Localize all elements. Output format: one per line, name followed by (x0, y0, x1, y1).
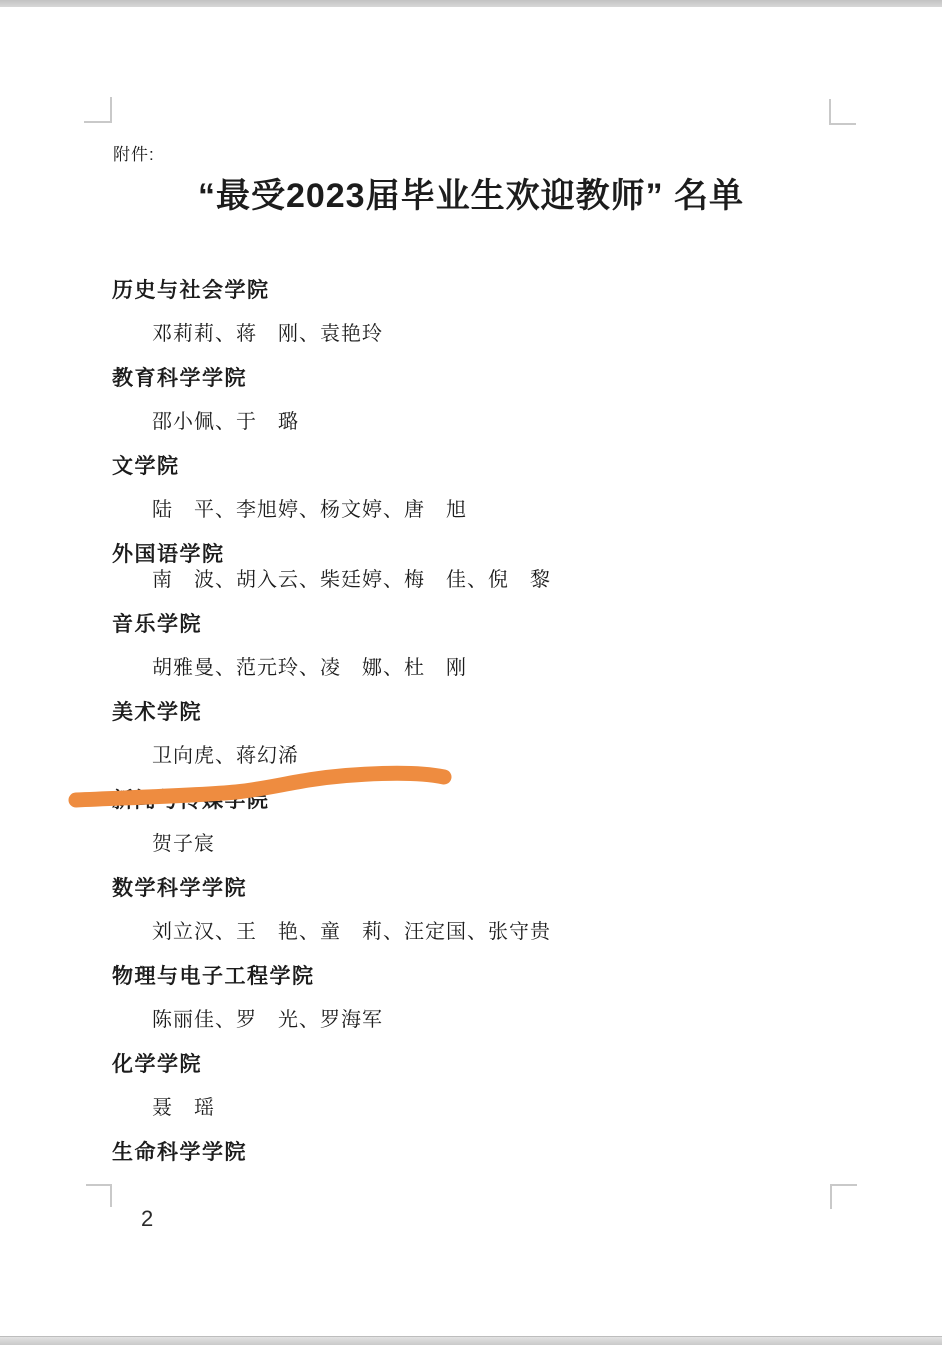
text-boundary-mark-top-right (829, 99, 856, 125)
text-boundary-mark-top-left (84, 97, 112, 123)
photo-bottom-edge (0, 1336, 942, 1345)
document-title: “最受2023届毕业生欢迎教师” 名单 (0, 168, 942, 217)
attachment-label: 附件: (113, 140, 155, 165)
teacher-names: 聂 瑶 (112, 1096, 832, 1140)
teacher-names: 邓莉莉、蒋 刚、袁艳玲 (112, 322, 832, 366)
teacher-names: 贺子宸 (112, 832, 832, 876)
teacher-names: 陈丽佳、罗 光、罗海军 (112, 1008, 832, 1052)
college-list: 历史与社会学院 邓莉莉、蒋 刚、袁艳玲 教育科学学院 邵小佩、于 璐 文学院 陆… (112, 278, 832, 1184)
college-heading: 教育科学学院 (112, 366, 832, 410)
college-heading: 化学学院 (112, 1052, 832, 1096)
college-heading: 美术学院 (112, 700, 832, 744)
college-heading: 历史与社会学院 (112, 278, 832, 322)
teacher-names: 邵小佩、于 璐 (112, 410, 832, 454)
college-heading: 新闻与传媒学院 (112, 788, 832, 832)
college-heading: 文学院 (112, 454, 832, 498)
teacher-names: 刘立汉、王 艳、童 莉、汪定国、张守贵 (112, 920, 832, 964)
teacher-names: 卫向虎、蒋幻浠 (112, 744, 832, 788)
teacher-names: 陆 平、李旭婷、杨文婷、唐 旭 (112, 498, 832, 542)
college-heading: 生命科学学院 (112, 1140, 832, 1184)
photo-top-edge (0, 0, 942, 7)
teacher-names: 胡雅曼、范元玲、凌 娜、杜 刚 (112, 656, 832, 700)
teacher-names: 南 波、胡入云、柴廷婷、梅 佳、倪 黎 (112, 568, 832, 612)
college-heading: 外国语学院 (112, 542, 832, 568)
document-page: 附件: “最受2023届毕业生欢迎教师” 名单 历史与社会学院 邓莉莉、蒋 刚、… (0, 0, 942, 1345)
text-boundary-mark-bottom-left (86, 1184, 112, 1207)
text-boundary-mark-bottom-right (830, 1184, 857, 1209)
college-heading: 音乐学院 (112, 612, 832, 656)
college-heading: 物理与电子工程学院 (112, 964, 832, 1008)
college-heading: 数学科学学院 (112, 876, 832, 920)
page-number: 2 (141, 1206, 153, 1232)
